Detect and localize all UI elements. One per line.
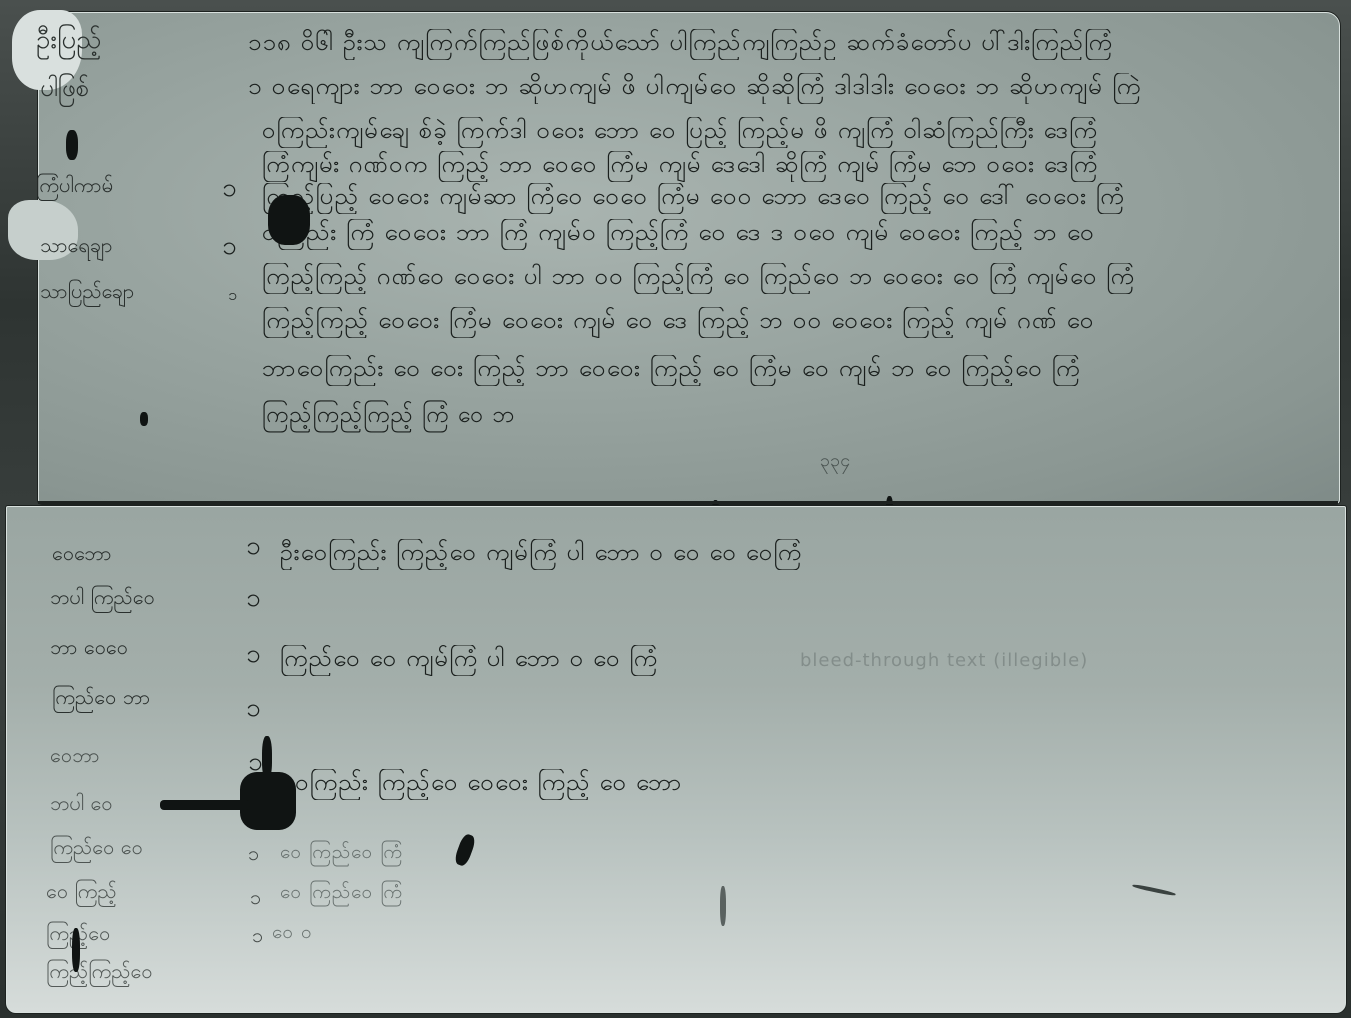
text-line: ဝကြည်း ကြံ ဝေဝေး ဘာ ကြံ ကျမ်ဝ ကြည့်ကြံ ဝ… — [262, 218, 1095, 252]
text-line: ၁၁၈ ဝိ၆ါ ဦးသ ကျကြက်ကြည်ဖြစ်ကိုယ်သော် ပါက… — [248, 28, 1113, 62]
item-marker: ၁ — [222, 228, 237, 267]
item-marker: ၁ — [246, 528, 261, 567]
text-line: ၁ ဝရေကျား ဘာ ဝေဝေး ဘ ဆိုဟကျမ် ဖိ ပါကျမ်ဝ… — [248, 72, 1142, 106]
margin-label: သာပြည်ချော — [40, 278, 134, 308]
item-marker: ၁ — [250, 884, 261, 914]
name-entry: ဘာ ဝေဝေ — [50, 634, 128, 664]
item-marker: ၁ — [248, 840, 259, 870]
margin-label: ကြံပါကာမ် — [36, 172, 113, 202]
item-marker: ၁ — [228, 284, 237, 308]
name-entry: ကြည်ဝေ ဘာ — [52, 684, 150, 714]
fold-crease — [38, 501, 1338, 504]
item-marker: ၁ — [246, 690, 261, 729]
ink-blot — [268, 195, 310, 245]
ink-streak — [72, 928, 80, 972]
name-entry: ကြည်ဝေ ဝေ — [50, 834, 143, 864]
ink-streak — [262, 736, 272, 780]
entry-line: ဝေ ကြည်ဝေ ကြံ — [280, 880, 403, 908]
item-marker: ၁ — [222, 170, 237, 209]
margin-heading-2: ပါဖြစ် — [40, 72, 89, 108]
page-annotation: ၃၃၄ — [820, 448, 850, 475]
margin-heading: ဦးပြည့် — [36, 22, 101, 61]
name-entry: ဝေဘော — [52, 540, 112, 570]
entry-line: ဝေ ဝ — [272, 920, 313, 948]
text-line: ကြံကျမ်း ဂဏ်ဝက ကြည့် ဘာ ဝေဝေ ကြံမ ကျမ် ဒ… — [262, 150, 1098, 184]
item-marker: ၁ — [246, 636, 261, 675]
name-entry: ဘပါ ဝေ — [50, 790, 113, 820]
entry-line: ကြည်ဝေ ဝေ ကျမ်ကြံ ပါ ဘော ဝ ဝေ ကြံ — [280, 644, 658, 678]
text-line: ကြည့်ကြည့် ဂဏ်ဝေ ဝေဝေး ပါ ဘာ ဝဝ ကြည့်ကြံ… — [262, 262, 1135, 296]
text-line: ဝကြည်းကျမ်ချေ စ်ခဲ့ ကြက်ဒါ ဝဝေး ဘော ဝေ ပ… — [262, 116, 1098, 150]
name-entry: ဝေ ကြည့် — [46, 878, 117, 908]
ink-blot — [66, 130, 78, 160]
ink-streak — [720, 886, 726, 926]
name-entry: ဘပါ ကြည်ဝေ — [50, 584, 155, 614]
text-line: ဘာဝေကြည်း ဝေ ဝေး ကြည့် ဘာ ဝေဝေး ကြည့် ဝေ… — [262, 354, 1081, 388]
bleed-through-text: bleed-through text (illegible) — [800, 650, 1088, 671]
entry-line: ဦးဝေကြည်း ကြည့်ဝေ ကျမ်ကြံ ပါ ဘော ဝ ဝေ ဝေ… — [280, 538, 802, 572]
item-marker: ၁ — [252, 922, 263, 952]
item-marker: ၁ — [246, 580, 261, 619]
entry-line: ဝေကြည်း ကြည့်ဝေ ဝေဝေး ကြည့် ဝေ ဘော — [282, 768, 682, 802]
name-entry: ကြည့်ကြည့်ဝေ — [46, 958, 153, 988]
margin-label: သာရေချာ — [40, 232, 113, 262]
ink-dot — [140, 412, 148, 426]
manuscript-bottom-sheet — [6, 506, 1346, 1013]
entry-line: ဝေ ကြည်ဝေ ကြံ — [280, 840, 403, 868]
text-line: ကြည့်ကြည့် ဝေဝေး ကြံမ ဝေဝေး ကျမ် ဝေ ဒေ က… — [262, 306, 1095, 340]
name-entry: ဝေဘာ — [50, 742, 100, 772]
ink-streak — [160, 800, 250, 810]
text-line: ကြည့်ပြည့် ဝေဝေး ကျမ်ဆာ ကြံဝေ ဝေဝေ ကြံမ … — [262, 182, 1125, 216]
text-line: ကြည့်ကြည့်ကြည့် ကြံ ဝေ ဘ — [262, 400, 516, 434]
